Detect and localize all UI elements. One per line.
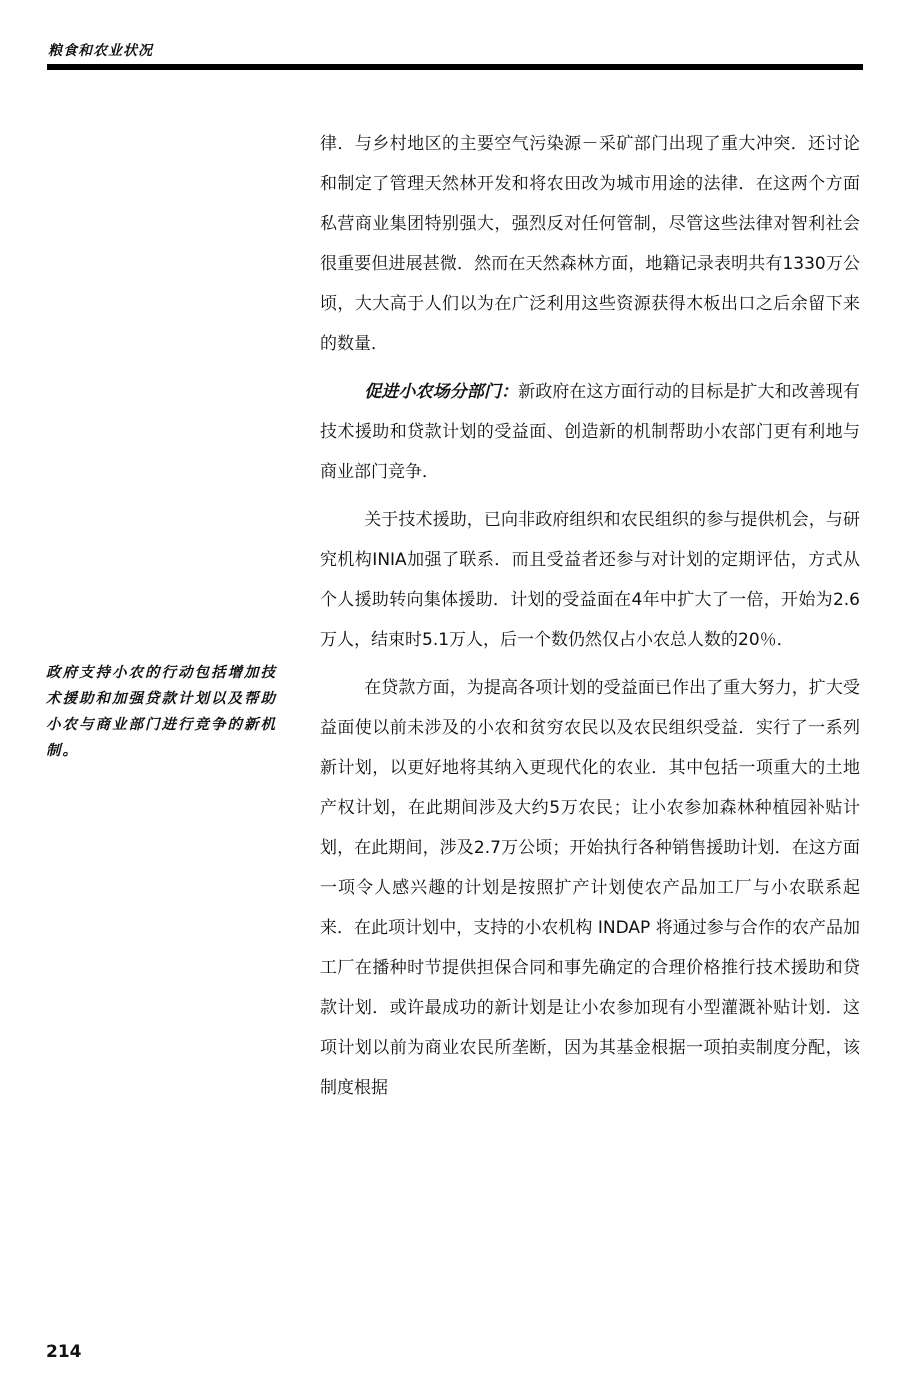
- header-rule: [47, 64, 863, 70]
- margin-note: 政府支持小农的行动包括增加技术援助和加强贷款计划以及帮助小农与商业部门进行竞争的…: [46, 660, 278, 764]
- paragraph-text: 律．与乡村地区的主要空气污染源－采矿部门出现了重大冲突．还讨论和制定了管理天然林…: [320, 134, 860, 354]
- paragraph-small-farm-subsector: 促进小农场分部门：新政府在这方面行动的目标是扩大和改善现有技术援助和贷款计划的受…: [320, 372, 860, 492]
- paragraph-credit: 在贷款方面，为提高各项计划的受益面已作出了重大努力，扩大受益面使以前未涉及的小农…: [320, 668, 860, 1108]
- paragraph-lead-heading: 促进小农场分部门：: [364, 382, 518, 402]
- paragraph-continued: 律．与乡村地区的主要空气污染源－采矿部门出现了重大冲突．还讨论和制定了管理天然林…: [320, 124, 860, 364]
- paragraph-technical-assistance: 关于技术援助，已向非政府组织和农民组织的参与提供机会，与研究机构INIA加强了联…: [320, 500, 860, 660]
- paragraph-text: 在贷款方面，为提高各项计划的受益面已作出了重大努力，扩大受益面使以前未涉及的小农…: [320, 678, 860, 1098]
- running-head-title: 粮食和农业状况: [48, 40, 153, 60]
- page-number: 214: [46, 1342, 82, 1362]
- paragraph-text: 关于技术援助，已向非政府组织和农民组织的参与提供机会，与研究机构INIA加强了联…: [320, 510, 860, 650]
- main-text-column: 律．与乡村地区的主要空气污染源－采矿部门出现了重大冲突．还讨论和制定了管理天然林…: [320, 124, 860, 1116]
